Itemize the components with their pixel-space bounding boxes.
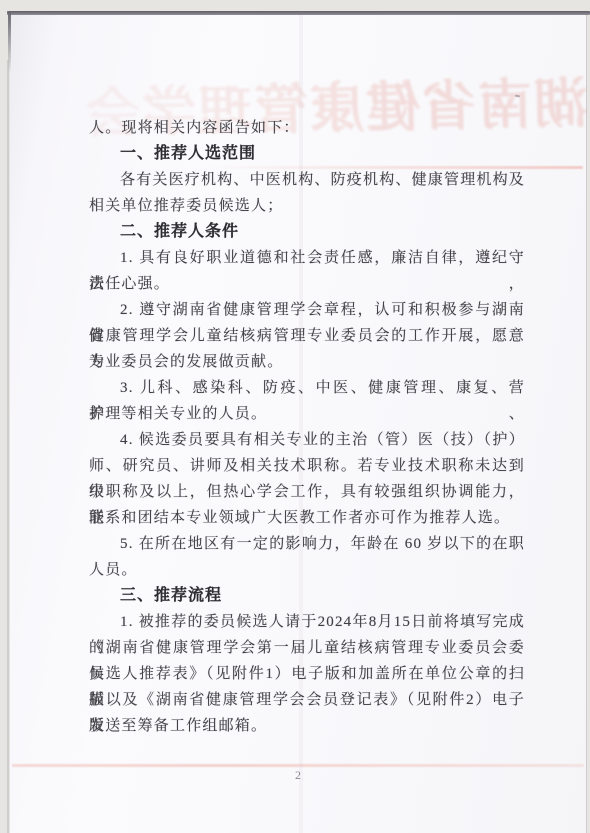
doc-line: 候选人推荐表》（见附件1）电子版和加盖所在单位公章的扫描 xyxy=(89,661,525,687)
doc-line: 《湖南省健康管理学会第一届儿童结核病管理专业委员会委员 xyxy=(89,635,525,661)
scan-speck xyxy=(515,95,520,98)
section-heading: 三、推荐流程 xyxy=(89,583,525,609)
section-heading: 一、推荐人选范围 xyxy=(89,141,525,167)
doc-line: 各有关医疗机构、中医机构、防疫机构、健康管理机构及 xyxy=(89,167,525,193)
doc-line: 版以及《湖南省健康管理学会会员登记表》（见附件2）电子版 xyxy=(89,687,525,713)
footer-red-rule-bleedthrough xyxy=(12,764,584,767)
doc-line: 专业委员会的发展做贡献。 xyxy=(89,349,525,375)
doc-line: 人。现将相关内容函告如下： xyxy=(89,115,525,141)
doc-line: 联系和团结本专业领域广大医教工作者亦可作为推荐人选。 xyxy=(89,505,525,531)
document-body: 人。现将相关内容函告如下： 一、推荐人选范围 各有关医疗机构、中医机构、防疫机构… xyxy=(89,115,525,739)
doc-line: 级职称及以上，但热心学会工作，具有较强组织协调能力，能 xyxy=(89,479,525,505)
page-top-edge-shadow xyxy=(7,11,590,15)
doc-line: 发送至筹备工作组邮箱。 xyxy=(89,713,525,739)
section-heading: 二、推荐人条件 xyxy=(89,219,525,245)
doc-line: 相关单位推荐委员候选人； xyxy=(89,193,525,219)
doc-line: 师、研究员、讲师及相关技术职称。若专业技术职称未达到中 xyxy=(89,453,525,479)
doc-line: 1. 具有良好职业道德和社会责任感，廉洁自律，遵纪守法， xyxy=(89,245,525,271)
doc-line: 4. 候选委员要具有相关专业的主治（管）医（技）（护） xyxy=(89,427,525,453)
doc-line: 3. 儿科、感染科、防疫、中医、健康管理、康复、营养、 xyxy=(89,375,525,401)
doc-line: 健康管理学会儿童结核病管理专业委员会的工作开展，愿意为 xyxy=(89,323,525,349)
document-page: 湖南省健康管理学会 人。现将相关内容函告如下： 一、推荐人选范围 各有关医疗机构… xyxy=(10,15,587,833)
doc-line: 1. 被推荐的委员候选人请于2024年8月15日前将填写完成的 xyxy=(89,609,525,635)
page-left-edge-line xyxy=(7,60,9,833)
doc-line: 人员。 xyxy=(89,557,525,583)
doc-line: 2. 遵守湖南省健康管理学会章程，认可和积极参与湖南省 xyxy=(89,297,525,323)
page-number: 2 xyxy=(10,768,586,783)
doc-line: 5. 在所在地区有一定的影响力，年龄在 60 岁以下的在职 xyxy=(89,531,525,557)
